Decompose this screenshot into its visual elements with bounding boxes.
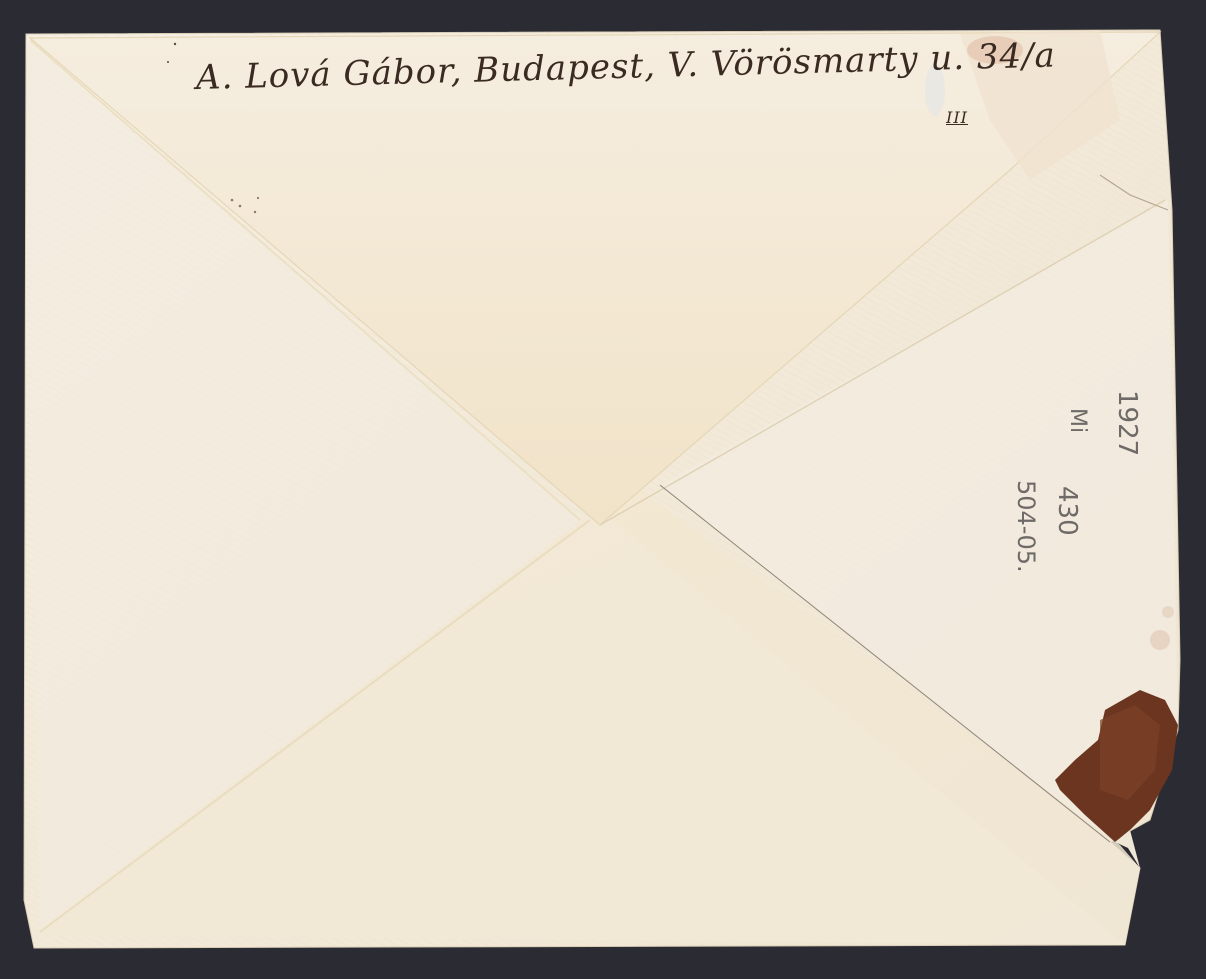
- envelope-photo: A. Lová Gábor, Budapest, V. Vörösmarty u…: [0, 0, 1206, 979]
- pencil-note-year: 1927: [1112, 390, 1142, 456]
- pencil-note-number-1: 430: [1052, 486, 1082, 536]
- pencil-note-code: Mi: [1065, 408, 1090, 433]
- floor-mark: III: [946, 108, 968, 127]
- pencil-note-number-2: 504-05.: [1012, 480, 1040, 573]
